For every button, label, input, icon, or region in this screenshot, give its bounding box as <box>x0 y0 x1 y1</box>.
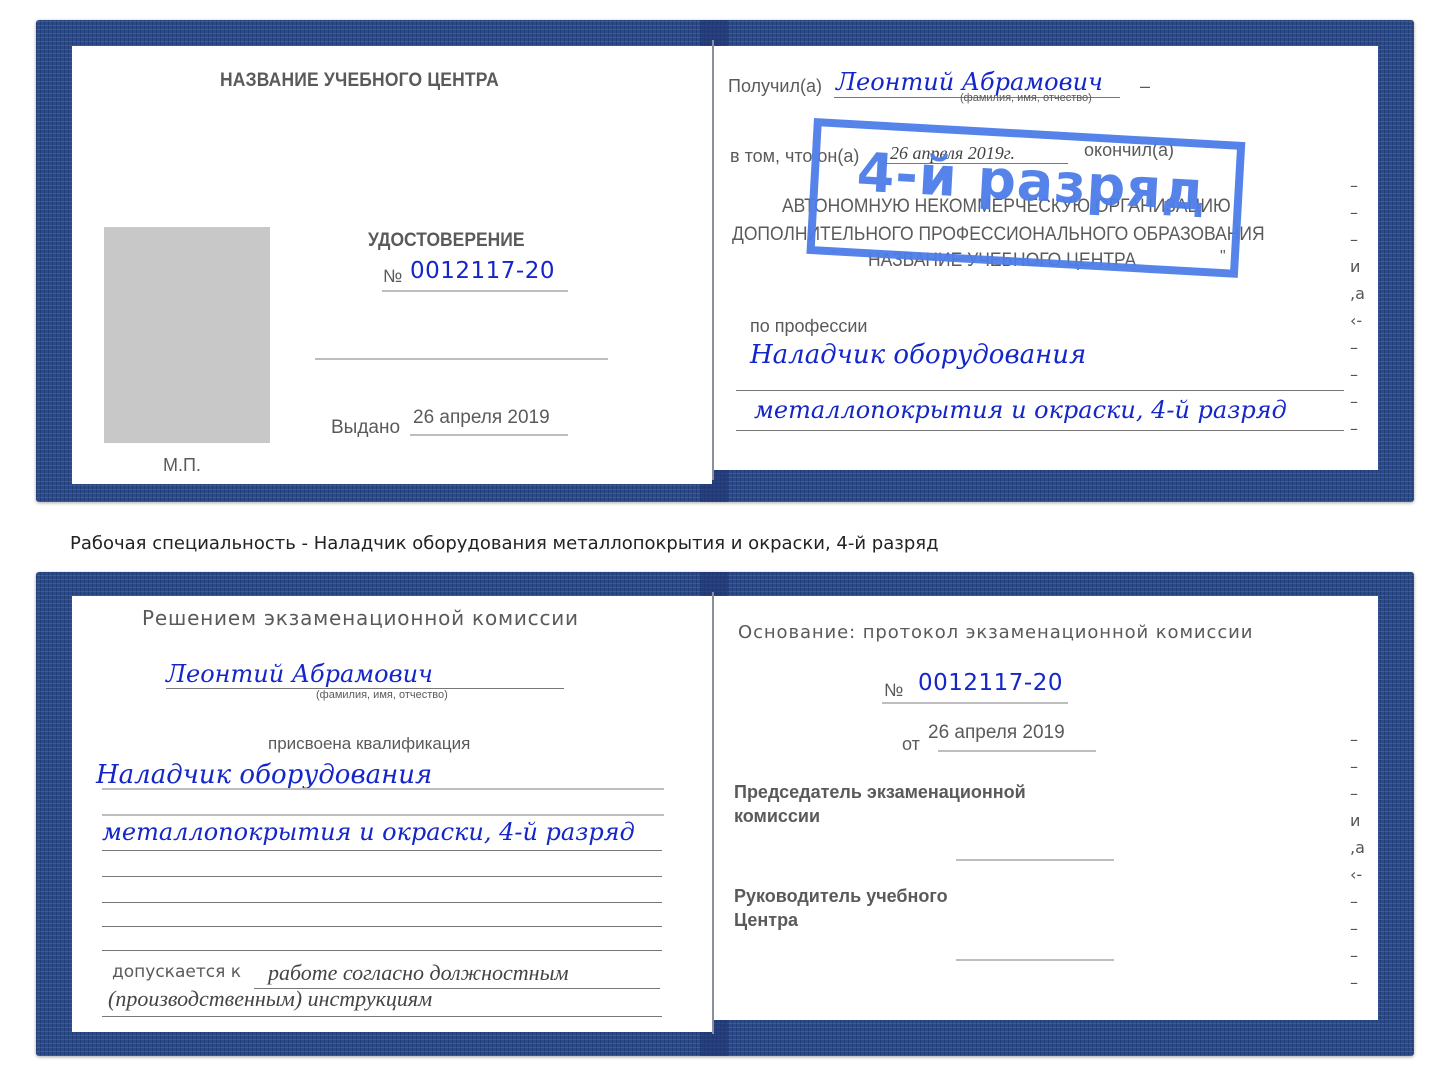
protocol-number-underline <box>882 702 1068 704</box>
grade-stamp: 4-й разряд <box>806 118 1245 278</box>
assigned-label: присвоена квалификация <box>268 734 470 754</box>
seal-label: М.П. <box>163 455 201 476</box>
head-label-line-1: Руководитель учебного <box>734 886 948 907</box>
protocol-number: 0012117-20 <box>918 670 1063 696</box>
fio-hint-bottom: (фамилия, имя, отчество) <box>316 689 448 701</box>
blank-line-1 <box>102 850 662 851</box>
basis-title: Основание: протокол экзаменационной коми… <box>738 622 1253 643</box>
certificate-number: 0012117-20 <box>410 258 555 284</box>
profession-line-1: Наладчик оборудования <box>750 340 1086 370</box>
decision-title: Решением экзаменационной комиссии <box>142 606 579 630</box>
number-underline <box>382 290 568 292</box>
protocol-date-underline <box>938 750 1096 752</box>
issued-underline <box>410 434 568 436</box>
profession-underline-1 <box>736 390 1344 391</box>
protocol-date: 26 апреля 2019 <box>928 722 1065 744</box>
head-label-line-2: Центра <box>734 910 798 931</box>
from-label: от <box>902 734 920 755</box>
admitted-line-1: работе согласно должностным <box>268 960 569 986</box>
bottom-left-page: Решением экзаменационной комиссии Леонти… <box>72 596 712 1032</box>
caption: Рабочая специальность - Наладчик оборудо… <box>70 533 939 554</box>
head-signature-line <box>956 959 1114 961</box>
blank-line-5 <box>102 950 662 951</box>
signature-line <box>315 358 608 360</box>
chairman-label-line-1: Председатель экзаменационной <box>734 782 1026 803</box>
number-prefix: № <box>383 266 402 287</box>
issued-label: Выдано <box>331 417 400 439</box>
document-title: УДОСТОВЕРЕНИЕ <box>368 230 525 252</box>
training-center-name: НАЗВАНИЕ УЧЕБНОГО ЦЕНТРА <box>220 70 499 92</box>
profession-underline-2 <box>736 430 1344 431</box>
issued-date: 26 апреля 2019 <box>413 407 550 429</box>
photo-placeholder <box>104 227 270 443</box>
grade-stamp-text: 4-й разряд <box>855 141 1208 223</box>
fio-hint: (фамилия, имя, отчество) <box>960 92 1092 104</box>
edge-marks-top: – – – и ,а ‹- – – – – <box>1350 172 1365 442</box>
profession-line-2: металлопокрытия и окраски, 4-й разряд <box>754 396 1287 424</box>
profession-label: по профессии <box>750 316 867 337</box>
blank-line-4 <box>102 926 662 927</box>
admitted-label: допускается к <box>112 962 241 982</box>
qualification-line-2: металлопокрытия и окраски, 4-й разряд <box>102 818 635 846</box>
committee-name: Леонтий Абрамович <box>166 660 433 688</box>
received-label: Получил(а) <box>728 76 822 97</box>
admitted-underline-2 <box>102 1016 662 1017</box>
edge-marks-bottom: – – – и ,а ‹- – – – – <box>1350 726 1365 996</box>
admitted-line-2: (производственным) инструкциям <box>108 986 432 1012</box>
blank-line-2 <box>102 876 662 877</box>
qualification-underline-1 <box>102 788 664 790</box>
protocol-number-prefix: № <box>884 680 903 701</box>
recipient-dash: – <box>1140 76 1150 97</box>
chairman-label-line-2: комиссии <box>734 806 820 827</box>
qualification-line-1: Наладчик оборудования <box>96 760 432 790</box>
qualification-underline-2 <box>102 814 664 816</box>
bottom-right-page: Основание: протокол экзаменационной коми… <box>714 596 1378 1020</box>
chairman-signature-line <box>956 859 1114 861</box>
blank-line-3 <box>102 902 662 903</box>
